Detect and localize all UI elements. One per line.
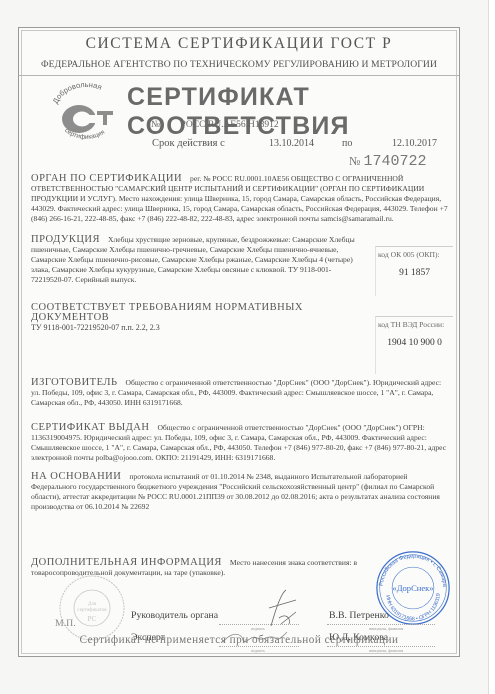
valid-to: 12.10.2017 <box>392 138 437 149</box>
validity-label: Срок действия с <box>152 138 225 149</box>
tnved-code-value: 1904 10 900 0 <box>378 338 451 348</box>
compliance-text: ТУ 9118-001-72219520-07 п.п. 2.2, 2.3 <box>31 323 371 333</box>
certificate-number: РОСС RU.AE56.H18912 <box>180 120 278 130</box>
manufacturer-heading: ИЗГОТОВИТЕЛЬ <box>31 377 118 388</box>
footer-note: Сертификат не применяется при обязательн… <box>0 634 478 646</box>
certificate-title: СЕРТИФИКАТ СООТВЕТСТВИЯ <box>127 83 459 141</box>
form-number-value: 1740722 <box>363 153 426 170</box>
form-number: №1740722 <box>349 153 426 170</box>
head-name: В.В. Петренко <box>329 610 389 621</box>
svg-text:РС: РС <box>88 615 97 623</box>
additional-info-heading: ДОПОЛНИТЕЛЬНАЯ ИНФОРМАЦИЯ <box>31 557 222 568</box>
head-of-body-label: Руководитель органа <box>131 610 218 621</box>
issued-to-section: СЕРТИФИКАТ ВЫДАНОбщество с ограниченной … <box>31 423 451 463</box>
expert-name-caption: инициалы, фамилия <box>369 648 403 653</box>
form-number-label: № <box>349 154 360 168</box>
compliance-heading: СООТВЕТСТВУЕТ ТРЕБОВАНИЯМ НОРМАТИВНЫХ ДО… <box>31 303 371 323</box>
product-section: ПРОДУКЦИЯХлебцы хрустящие зерновые, круп… <box>31 235 361 285</box>
manufacturer-section: ИЗГОТОВИТЕЛЬОбщество с ограниченной отве… <box>31 378 446 408</box>
expert-signature-caption: подпись <box>251 648 265 653</box>
certification-body-heading: ОРГАН ПО СЕРТИФИКАЦИИ <box>31 173 182 184</box>
compliance-section: СООТВЕТСТВУЕТ ТРЕБОВАНИЯМ НОРМАТИВНЫХ ДО… <box>31 303 371 333</box>
header-divider <box>19 75 459 76</box>
certification-body-seal-icon: Для сертификатов РС <box>57 573 127 643</box>
valid-from: 13.10.2014 <box>269 138 314 149</box>
okp-code-box: код ОК 005 (ОКП): 91 1857 <box>375 246 453 296</box>
product-heading: ПРОДУКЦИЯ <box>31 234 100 245</box>
basis-heading: НА ОСНОВАНИИ <box>31 471 121 482</box>
agency-title: ФЕДЕРАЛЬНОЕ АГЕНТСТВО ПО ТЕХНИЧЕСКОМУ РЕ… <box>19 59 459 70</box>
basis-section: НА ОСНОВАНИИпротокола испытаний от 01.10… <box>31 472 453 512</box>
okp-code-value: 91 1857 <box>378 268 451 278</box>
svg-text:Для: Для <box>88 602 97 607</box>
svg-text:сертификатов: сертификатов <box>77 608 107 613</box>
number-label: № <box>151 120 160 130</box>
rst-logo-icon: Добровольная сертификация <box>46 81 126 147</box>
certificate-frame: СИСТЕМА СЕРТИФИКАЦИИ ГОСТ Р ФЕДЕРАЛЬНОЕ … <box>18 27 460 657</box>
head-name-line <box>327 624 435 625</box>
tnved-code-box: код ТН ВЭД России: 1904 10 900 0 <box>375 316 453 374</box>
head-signature-icon <box>251 588 311 628</box>
page-edge <box>488 0 495 694</box>
valid-to-label: по <box>342 138 352 149</box>
certificate-number-row: № РОСС RU.AE56.H18912 <box>151 120 279 130</box>
certification-body-section: ОРГАН ПО СЕРТИФИКАЦИИрег. № РОСС RU.0001… <box>31 174 451 224</box>
okp-code-label: код ОК 005 (ОКП): <box>378 250 451 259</box>
issued-to-heading: СЕРТИФИКАТ ВЫДАН <box>31 422 149 433</box>
seal-place-label: М.П. <box>55 618 76 629</box>
svg-text:Добровольная: Добровольная <box>51 81 103 105</box>
expert-name-line <box>327 646 435 647</box>
tnved-code-label: код ТН ВЭД России: <box>378 320 451 329</box>
system-title: СИСТЕМА СЕРТИФИКАЦИИ ГОСТ Р <box>19 35 459 53</box>
head-name-caption: инициалы, фамилия <box>369 626 403 631</box>
svg-text:«ДорСнек»: «ДорСнек» <box>392 583 433 593</box>
